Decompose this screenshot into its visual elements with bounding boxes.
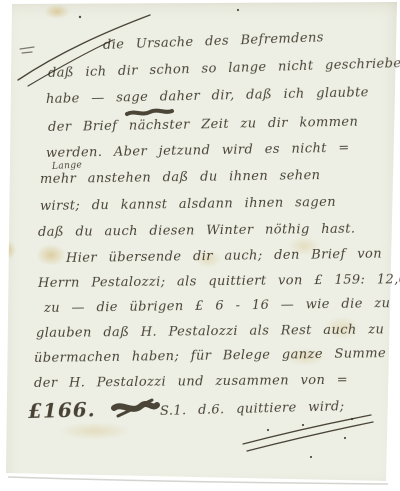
letter-photo: die Ursache des Befremdens daß ich dir s…	[0, 0, 400, 491]
paper-stain	[36, 244, 66, 266]
paper-stain	[288, 236, 320, 256]
paper-sheet	[0, 0, 400, 491]
paper-stain	[0, 240, 16, 260]
paper-stain	[58, 422, 132, 440]
paper-stain	[194, 250, 222, 268]
paper-stain	[324, 316, 360, 340]
paper-stain	[284, 348, 326, 366]
paper-stain	[44, 4, 70, 19]
